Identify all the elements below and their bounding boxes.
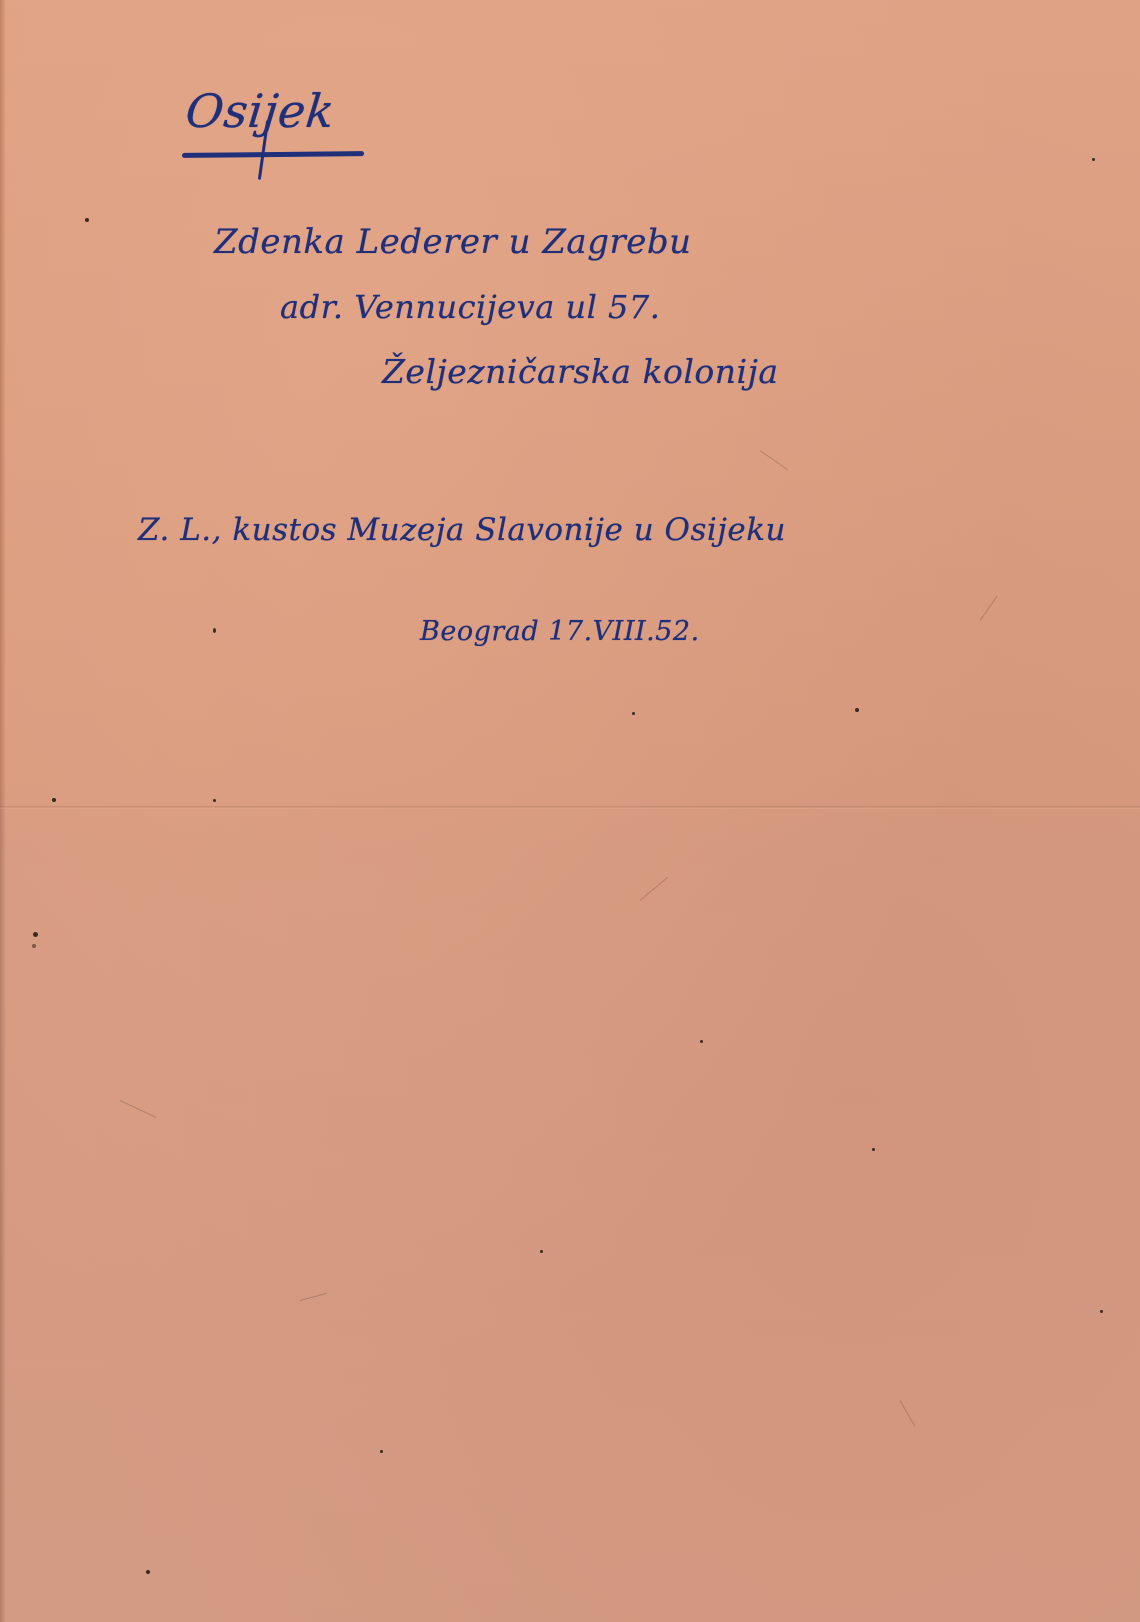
recipient-district-line: Željezničarska kolonija — [382, 352, 779, 391]
speck — [1100, 1310, 1103, 1313]
speck — [213, 628, 216, 633]
speck — [146, 1570, 150, 1574]
recipient-name-line: Zdenka Lederer u Zagrebu — [214, 222, 692, 262]
speck — [85, 218, 89, 222]
recipient-street-line: adr. Vennucijeva ul 57. — [280, 288, 660, 326]
speck — [213, 799, 216, 802]
speck — [52, 798, 56, 802]
speck — [855, 708, 859, 712]
paper-left-edge — [0, 0, 6, 1622]
fold-line — [0, 806, 1140, 809]
heading-city: Osijek — [183, 84, 337, 138]
speck — [632, 712, 635, 715]
speck — [540, 1250, 543, 1253]
speck — [32, 944, 36, 948]
speck — [380, 1450, 383, 1453]
speck — [700, 1040, 703, 1043]
place-date-line: Beograd 17.VIII.52. — [420, 616, 700, 647]
speck — [872, 1148, 875, 1151]
speck — [1092, 158, 1095, 161]
sender-line: Z. L., kustos Muzeja Slavonije u Osijeku — [138, 512, 786, 548]
speck — [33, 932, 38, 937]
